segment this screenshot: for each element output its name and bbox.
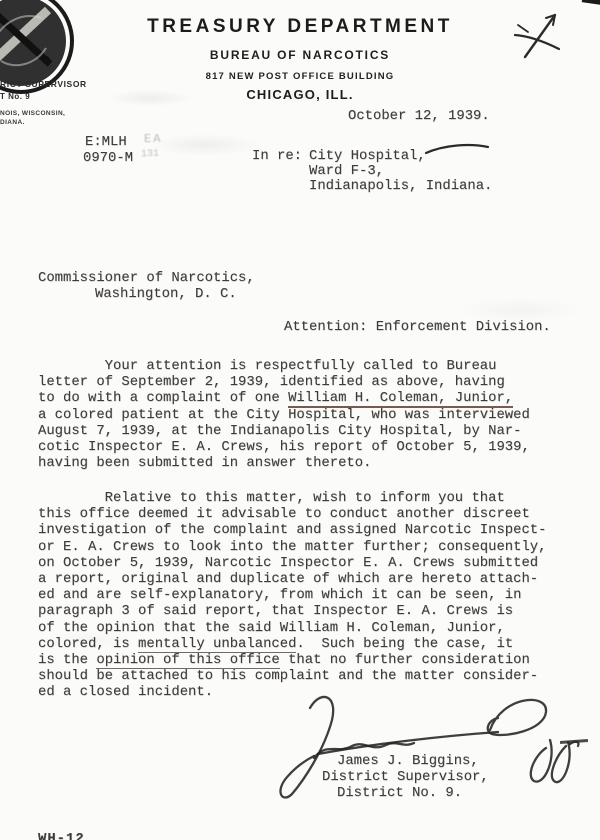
file-number: 0970-M: [83, 150, 133, 166]
signer-name: James J. Biggins,: [337, 753, 479, 769]
body-line: should be attached to his complaint and …: [38, 668, 546, 684]
in-re-line-3: Indianapolis, Indiana.: [309, 178, 492, 194]
letter-page: { "letterhead": { "department": "TREASUR…: [0, 0, 600, 840]
body-line: paragraph 3 of said report, that Inspect…: [38, 603, 546, 619]
body-line: August 7, 1939, at the Indianapolis City…: [38, 423, 530, 439]
body-line: Your attention is respectfully called to…: [38, 358, 530, 374]
body-line: a colored patient at the City Hospital, …: [38, 407, 530, 423]
handwritten-dash-mark: [422, 138, 492, 163]
body-line: on October 5, 1939, Narcotic Inspector E…: [38, 555, 546, 571]
body-paragraph-2: Relative to this matter, wish to inform …: [38, 490, 546, 700]
body-line: colored, is mentally unbalanced. Such be…: [38, 636, 546, 652]
bureau-line: BUREAU OF NARCOTICS: [0, 48, 600, 62]
left-column-district: T No. 9: [0, 92, 30, 101]
body-line: having been submitted in answer thereto.: [38, 455, 530, 471]
department-title: TREASURY DEPARTMENT: [0, 16, 600, 38]
recipient-line-1: Commissioner of Narcotics,: [38, 270, 255, 286]
body-line: letter of September 2, 1939, identified …: [38, 374, 530, 390]
left-column-states2: DIANA.: [0, 119, 25, 126]
body-paragraph-1: Your attention is respectfully called to…: [38, 358, 530, 471]
attention-line: Attention: Enforcement Division.: [284, 319, 551, 335]
body-line: or E. A. Crews to look into the matter f…: [38, 539, 546, 555]
signer-district: District No. 9.: [337, 785, 462, 801]
left-column-supervisor: RICT SUPERVISOR: [0, 79, 87, 89]
signer-title: District Supervisor,: [322, 769, 489, 785]
body-line: ed and are self-explanatory, from which …: [38, 587, 546, 603]
body-line: this office deemed it advisable to condu…: [38, 506, 546, 522]
faint-stamp-mark: EA: [144, 132, 162, 146]
body-line: to do with a complaint of one William H.…: [38, 390, 530, 406]
scan-edge-mark: [582, 0, 600, 6]
recipient-line-2: Washington, D. C.: [95, 286, 237, 302]
faint-stamp-mark2: 131: [141, 149, 159, 161]
body-line: of the opinion that the said William H. …: [38, 620, 546, 636]
date-line: October 12, 1939.: [348, 108, 490, 124]
city-line: CHICAGO, ILL.: [0, 87, 600, 102]
in-re-line-2: Ward F-3,: [309, 163, 384, 179]
left-column-states1: NOIS, WISCONSIN,: [0, 110, 65, 117]
in-re-label: In re:: [252, 148, 302, 164]
body-line: Relative to this matter, wish to inform …: [38, 490, 546, 506]
building-line: 817 NEW POST OFFICE BUILDING: [0, 71, 600, 82]
body-line: investigation of the complaint and assig…: [38, 522, 546, 538]
body-line: a report, original and duplicate of whic…: [38, 571, 546, 587]
body-line: is the opinion of this office that no fu…: [38, 652, 546, 668]
body-line: cotic Inspector E. A. Crews, his report …: [38, 439, 530, 455]
in-re-line-1: City Hospital,: [309, 148, 426, 164]
reference-initials: E:MLH: [85, 134, 127, 150]
footer-code: WH-12: [38, 831, 85, 840]
